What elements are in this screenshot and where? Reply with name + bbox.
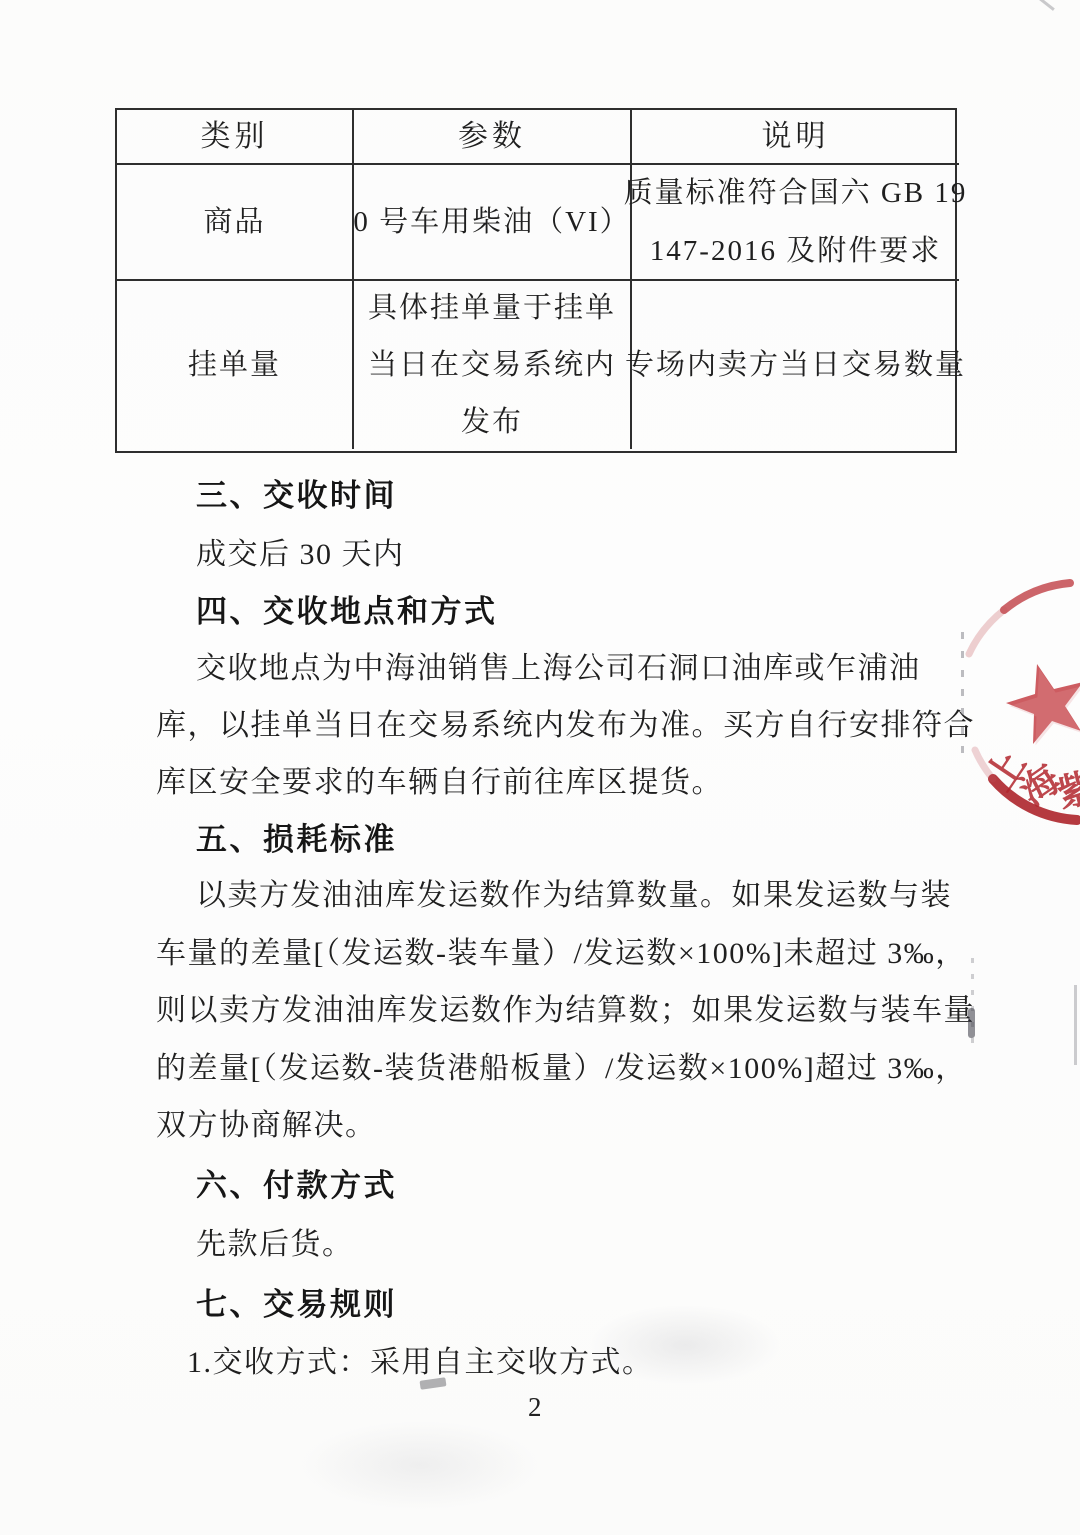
cell-text: 商品	[203, 193, 265, 251]
paragraph-loss-standard-line5: 双方协商解决。	[156, 1108, 377, 1144]
cell-text-line: 147-2016 及附件要求	[650, 222, 941, 280]
paragraph-delivery-place-line1: 交收地点为中海油销售上海公司石洞口油库或乍浦油	[196, 651, 921, 687]
cell-category-listing-volume: 挂单量	[117, 281, 354, 449]
paragraph-delivery-place-line2: 库，以挂单当日在交易系统内发布为准。买方自行安排符合	[156, 708, 975, 744]
cell-description-product: 质量标准符合国六 GB 19 147-2016 及附件要求	[632, 165, 959, 281]
table-header-category: 类别	[117, 110, 354, 165]
section-heading-loss-standard: 五、损耗标准	[196, 822, 397, 858]
paragraph-payment-method: 先款后货。	[196, 1227, 354, 1263]
cell-text-line: 具体挂单量于挂单	[368, 280, 616, 337]
cell-category-product: 商品	[117, 165, 354, 281]
cell-text-line: 发布	[461, 394, 523, 451]
paragraph-loss-standard-line3: 则以卖方发油油库发运数作为结算数；如果发运数与装车量	[156, 993, 975, 1029]
cell-text: 挂单量	[188, 336, 281, 394]
cell-description-listing-volume: 专场内卖方当日交易数量	[632, 281, 959, 449]
header-label: 类别	[201, 108, 269, 166]
official-seal-stamp: 上 海 紫	[945, 565, 1080, 845]
paragraph-delivery-time: 成交后 30 天内	[196, 537, 405, 573]
section-heading-trading-rules: 七、交易规则	[196, 1287, 397, 1323]
paragraph-loss-standard-line4: 的差量[（发运数-装货港船板量）/发运数×100%]超过 3‰，	[156, 1051, 967, 1087]
table-header-description: 说明	[632, 110, 959, 165]
scan-artifact-edge-line	[1074, 985, 1077, 1065]
section-heading-delivery-place: 四、交收地点和方式	[196, 594, 498, 630]
cell-text: 0 号车用柴油（VI）	[353, 193, 630, 251]
section-heading-delivery-time: 三、交收时间	[196, 478, 397, 514]
scan-artifact-corner-tick	[1037, 0, 1055, 11]
paragraph-trading-rule-1: 1.交收方式：采用自主交收方式。	[187, 1345, 654, 1381]
paragraph-loss-standard-line2: 车量的差量[（发运数-装车量）/发运数×100%]未超过 3‰，	[156, 936, 967, 972]
cell-text-line: 质量标准符合国六 GB 19	[624, 164, 968, 222]
header-label: 参数	[458, 108, 526, 166]
page-number: 2	[528, 1392, 542, 1423]
star-icon-highlight	[1010, 669, 1080, 746]
product-spec-table: 类别 参数 说明 商品 0 号车用柴油（VI） 质量标准符合国六 GB 19 1…	[115, 108, 957, 453]
cell-parameter-product: 0 号车用柴油（VI）	[354, 165, 632, 281]
table-header-parameter: 参数	[354, 110, 632, 165]
cell-text: 专场内卖方当日交易数量	[625, 336, 966, 394]
cell-text-line: 当日在交易系统内	[368, 337, 616, 394]
paragraph-delivery-place-line3: 库区安全要求的车辆自行前往库区提货。	[156, 765, 723, 801]
scanned-document-page: 类别 参数 说明 商品 0 号车用柴油（VI） 质量标准符合国六 GB 19 1…	[0, 0, 1080, 1535]
paragraph-loss-standard-line1: 以卖方发油油库发运数作为结算数量。如果发运数与装	[196, 878, 952, 914]
seal-char: 紫	[1053, 766, 1080, 816]
cell-parameter-listing-volume: 具体挂单量于挂单 当日在交易系统内 发布	[354, 281, 632, 449]
header-label: 说明	[762, 108, 830, 166]
section-heading-payment-method: 六、付款方式	[196, 1168, 397, 1204]
scan-artifact-smudge	[300, 1420, 540, 1510]
